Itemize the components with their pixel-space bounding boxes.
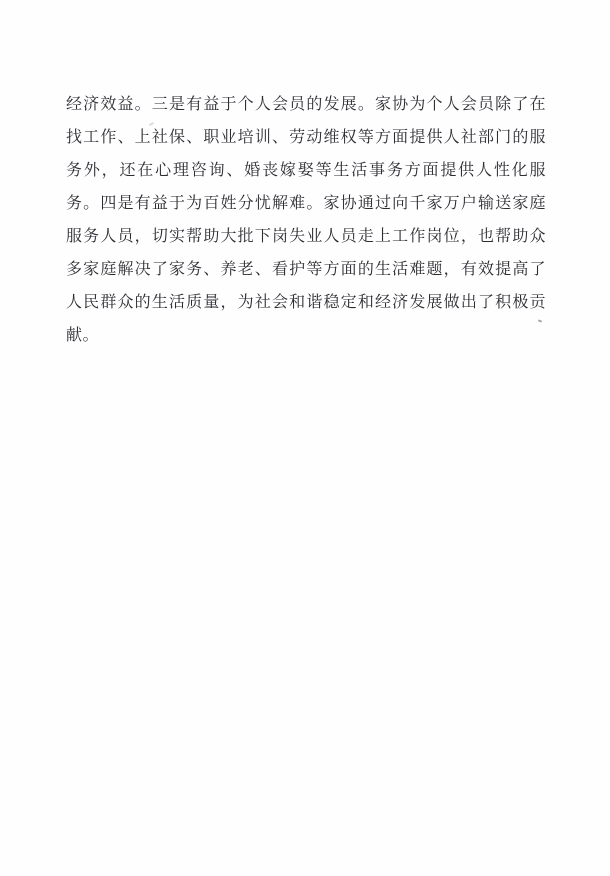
text-line: 经济效益。三是有益于个人会员的发展。家协为个人会员除了在 bbox=[66, 88, 546, 121]
document-page: 经济效益。三是有益于个人会员的发展。家协为个人会员除了在 找工作、上社保、职业培… bbox=[0, 0, 610, 876]
text-line: 人民群众的生活质量，为社会和谐稳定和经济发展做出了积极贡 bbox=[66, 286, 546, 319]
text-line: 服务人员，切实帮助大批下岗失业人员走上工作岗位，也帮助众 bbox=[66, 220, 546, 253]
text-line: 多家庭解决了家务、养老、看护等方面的生活难题，有效提高了 bbox=[66, 253, 546, 286]
text-line: 献。 bbox=[66, 319, 546, 352]
paragraph-block: 经济效益。三是有益于个人会员的发展。家协为个人会员除了在 找工作、上社保、职业培… bbox=[66, 88, 546, 352]
text-line: 找工作、上社保、职业培训、劳动维权等方面提供人社部门的服 bbox=[66, 121, 546, 154]
text-line: 务外，还在心理咨询、婚丧嫁娶等生活事务方面提供人性化服 bbox=[66, 154, 546, 187]
text-line: 务。四是有益于为百姓分忧解难。家协通过向千家万户输送家庭 bbox=[66, 187, 546, 220]
